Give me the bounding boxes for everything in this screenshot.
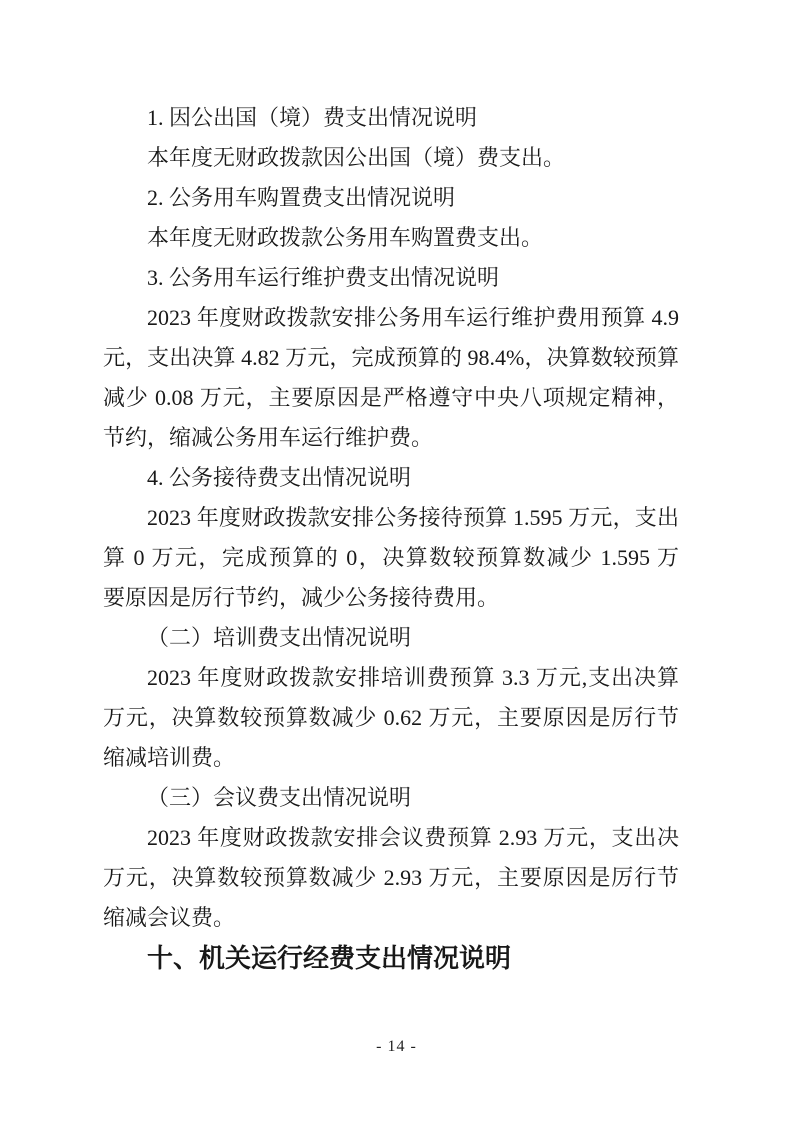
paragraph-line: 2023 年度财政拨款安排培训费预算 3.3 万元,支出决算 2.68 <box>103 658 679 698</box>
paragraph-line: 本年度无财政拨款公务用车购置费支出。 <box>103 218 679 258</box>
document-page: 1. 因公出国（境）费支出情况说明本年度无财政拨款因公出国（境）费支出。2. 公… <box>0 0 793 1122</box>
chapter-heading: 十、机关运行经费支出情况说明 <box>103 938 679 978</box>
document-body: 1. 因公出国（境）费支出情况说明本年度无财政拨款因公出国（境）费支出。2. 公… <box>103 98 679 978</box>
paragraph-line: 2023 年度财政拨款安排会议费预算 2.93 万元，支出决算 0 <box>103 818 679 858</box>
numbered-heading: 4. 公务接待费支出情况说明 <box>103 458 679 498</box>
paragraph-line: 本年度无财政拨款因公出国（境）费支出。 <box>103 138 679 178</box>
paragraph-line: 节约，缩减公务用车运行维护费。 <box>103 418 679 458</box>
paragraph-line: 要原因是厉行节约，减少公务接待费用。 <box>103 578 679 618</box>
paragraph-line: 2023 年度财政拨款安排公务用车运行维护费用预算 4.9 万 <box>103 298 679 338</box>
paragraph-line: 缩减会议费。 <box>103 898 679 938</box>
numbered-heading: 2. 公务用车购置费支出情况说明 <box>103 178 679 218</box>
page-number: - 14 - <box>0 1030 793 1064</box>
paragraph-line: 万元，决算数较预算数减少 0.62 万元，主要原因是厉行节约， <box>103 698 679 738</box>
section-heading: （二）培训费支出情况说明 <box>103 618 679 658</box>
paragraph-line: 减少 0.08 万元，主要原因是严格遵守中央八项规定精神，厉行 <box>103 378 679 418</box>
paragraph-line: 元，支出决算 4.82 万元，完成预算的 98.4%，决算数较预算数 <box>103 338 679 378</box>
numbered-heading: 3. 公务用车运行维护费支出情况说明 <box>103 258 679 298</box>
numbered-heading: 1. 因公出国（境）费支出情况说明 <box>103 98 679 138</box>
paragraph-line: 2023 年度财政拨款安排公务接待预算 1.595 万元，支出决 <box>103 498 679 538</box>
section-heading: （三）会议费支出情况说明 <box>103 778 679 818</box>
paragraph-line: 万元，决算数较预算数减少 2.93 万元，主要原因是厉行节约， <box>103 858 679 898</box>
paragraph-line: 缩减培训费。 <box>103 738 679 778</box>
paragraph-line: 算 0 万元，完成预算的 0，决算数较预算数减少 1.595 万元，主 <box>103 538 679 578</box>
